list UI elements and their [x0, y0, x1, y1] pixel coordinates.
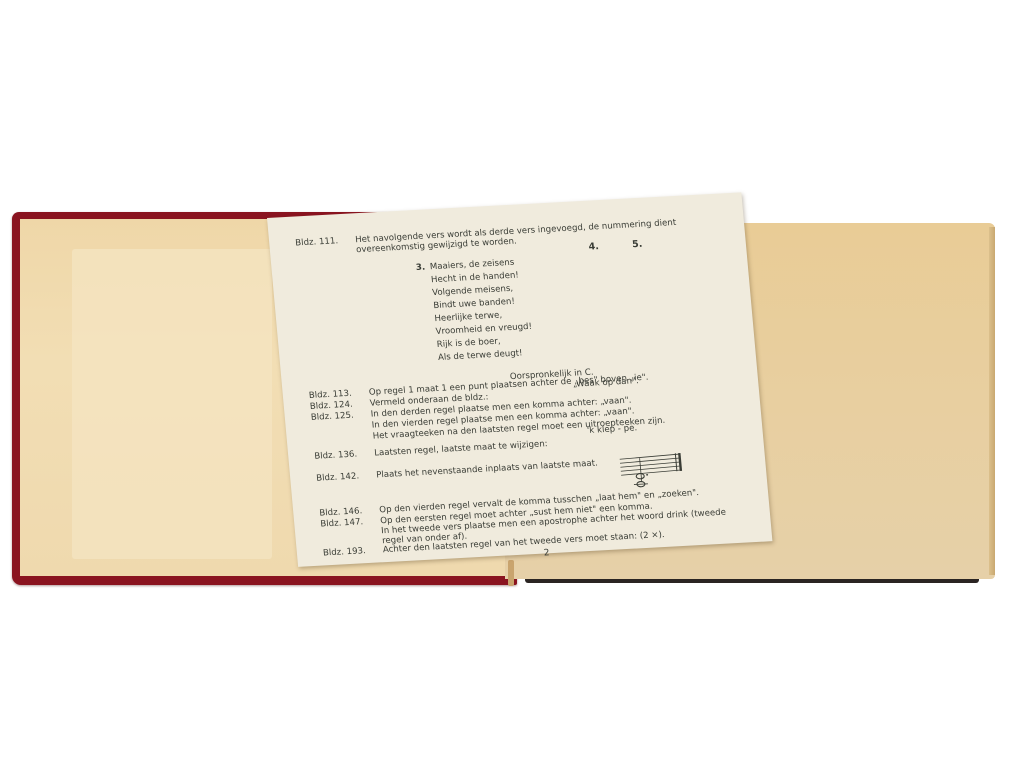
verse-number: 3. — [415, 262, 425, 275]
page-number: 2 — [543, 548, 550, 558]
entry-text: Laatsten regel, laatste maat te wijzigen… — [374, 439, 548, 459]
faded-plate-mark — [72, 249, 272, 559]
verse-number: 5. — [632, 239, 643, 251]
ref-label: Bldz. 142. — [316, 471, 373, 485]
entry-136-lyric: 'k klep - pe. — [587, 423, 638, 437]
photo-scene: Bldz. 111. Het navolgende vers wordt als… — [0, 0, 1024, 768]
entry-note: 'k klep - pe. — [587, 423, 638, 436]
ref-label: Bldz. 136. — [314, 449, 371, 463]
entry-124-quote: „Waak op dan". — [572, 376, 639, 391]
inserted-verse: 3. Maaiers, de zeisens Hecht in de hande… — [429, 256, 535, 365]
entry-note: „Waak op dan". — [572, 376, 639, 390]
ref-label: Bldz. 111. — [295, 235, 352, 249]
ref-label: Bldz. 193. — [323, 545, 380, 559]
spine-tear — [508, 560, 514, 586]
ref-label: Bldz. 147. — [320, 517, 377, 531]
verse-number: 4. — [588, 241, 599, 253]
errata-sheet: Bldz. 111. Het navolgende vers wordt als… — [267, 192, 772, 567]
ref-label: Bldz. 125. — [310, 410, 367, 424]
entry-text: Plaats het nevenstaande inplaats van laa… — [376, 458, 599, 481]
page-edge — [989, 227, 995, 575]
verse-numbers: 4. 5. — [588, 237, 673, 252]
